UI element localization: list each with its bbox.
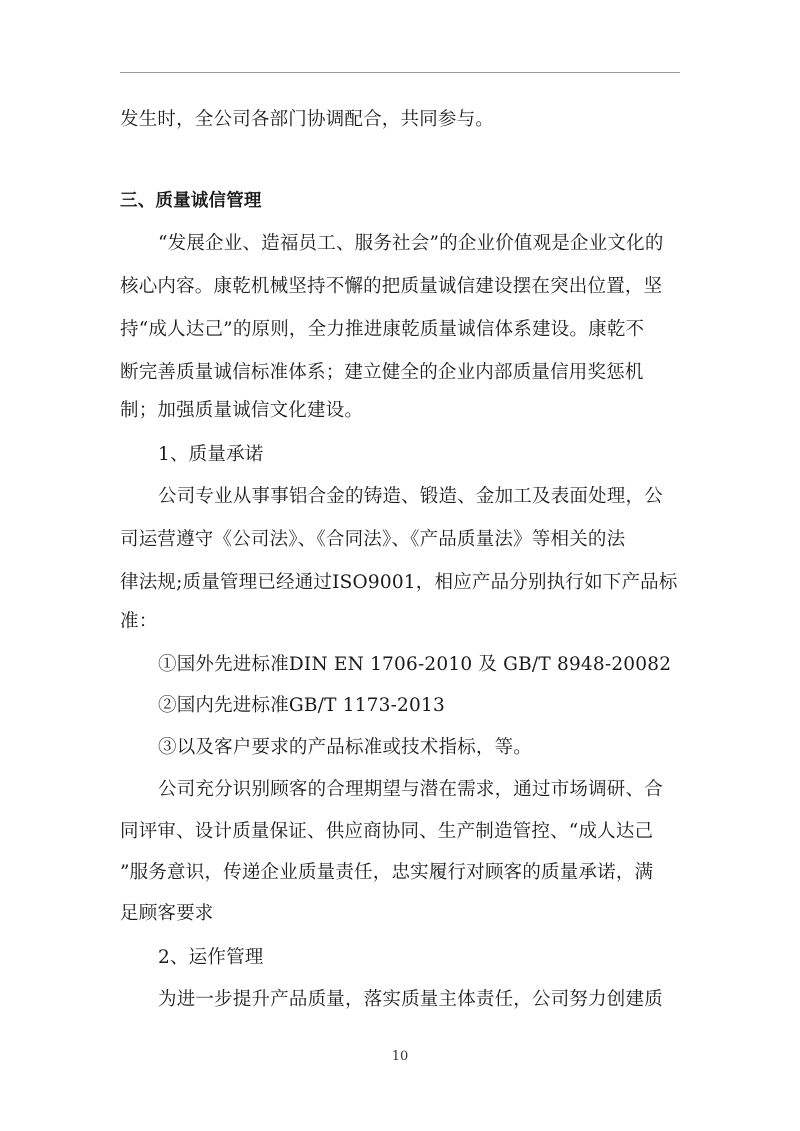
paragraph-line: ”服务意识，传递企业质量责任，忠实履行对顾客的质量承诺，满	[120, 861, 685, 885]
paragraph-line: 足顾客要求	[120, 902, 685, 926]
paragraph-line: 持“成人达己”的原则，全力推进康乾质量诚信体系建设。康乾不	[120, 318, 685, 342]
paragraph-line: “发展企业、造福员工、服务社会”的企业价值观是企业文化的	[158, 232, 723, 256]
paragraph-line: 核心内容。康乾机械坚持不懈的把质量诚信建设摆在突出位置，坚	[120, 275, 685, 299]
section-heading: 三、质量诚信管理	[120, 189, 685, 213]
paragraph-line: 公司专业从事事铝合金的铸造、锻造、金加工及表面处理，公	[158, 485, 723, 509]
paragraph-line: 发生时，全公司各部门协调配合，共同参与。	[120, 108, 685, 132]
subsection-heading: 1、质量承诺	[158, 443, 723, 467]
paragraph-line: 断完善质量诚信标准体系；建立健全的企业内部质量信用奖惩机	[120, 361, 685, 385]
paragraph-line: 为进一步提升产品质量，落实质量主体责任，公司努力创建质	[158, 988, 723, 1012]
list-item: ①国外先进标准DIN EN 1706-2010 及 GB/T 8948-2008…	[158, 653, 723, 677]
list-item: ②国内先进标准GB/T 1173-2013	[158, 694, 723, 718]
header-rule	[120, 72, 680, 73]
paragraph-line: 同评审、设计质量保证、供应商协同、生产制造管控、“成人达己	[120, 820, 685, 844]
paragraph-line: 律法规;质量管理已经通过ISO9001，相应产品分别执行如下产品标	[120, 571, 685, 595]
subsection-heading: 2、运作管理	[158, 946, 723, 970]
list-item: ③以及客户要求的产品标准或技术指标，等。	[158, 736, 723, 760]
paragraph-line: 准：	[120, 610, 685, 634]
paragraph-line: 公司充分识别顾客的合理期望与潜在需求，通过市场调研、合	[158, 778, 723, 802]
paragraph-line: 制；加强质量诚信文化建设。	[120, 399, 685, 423]
paragraph-line: 司运营遵守《公司法》、《合同法》、《产品质量法》等相关的法	[120, 528, 685, 552]
page-number: 10	[0, 1049, 800, 1064]
